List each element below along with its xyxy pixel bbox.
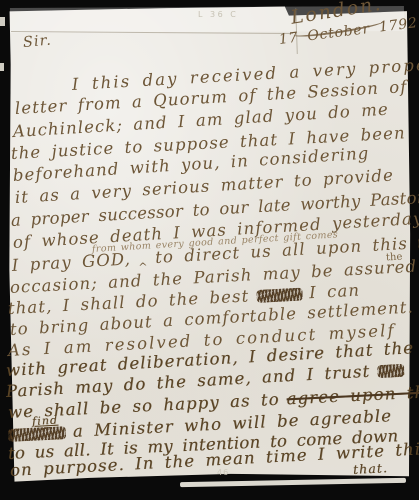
paper-speck <box>0 17 5 26</box>
ink-scribble <box>377 364 405 378</box>
line-11-post: I can <box>309 281 361 303</box>
ink-scribble <box>8 426 67 442</box>
salutation: Sir. <box>22 34 52 51</box>
letter-photograph: L 36 C 46 London. 17 October 1792. Sir. … <box>0 0 419 500</box>
paper-speck <box>0 63 4 71</box>
ink-scribble <box>256 288 303 303</box>
catchword: that. <box>353 462 389 476</box>
archival-mark-bottom: 46 <box>217 468 229 477</box>
under-sheet-edge <box>180 478 406 487</box>
archival-mark-top: L 36 C <box>198 10 238 19</box>
